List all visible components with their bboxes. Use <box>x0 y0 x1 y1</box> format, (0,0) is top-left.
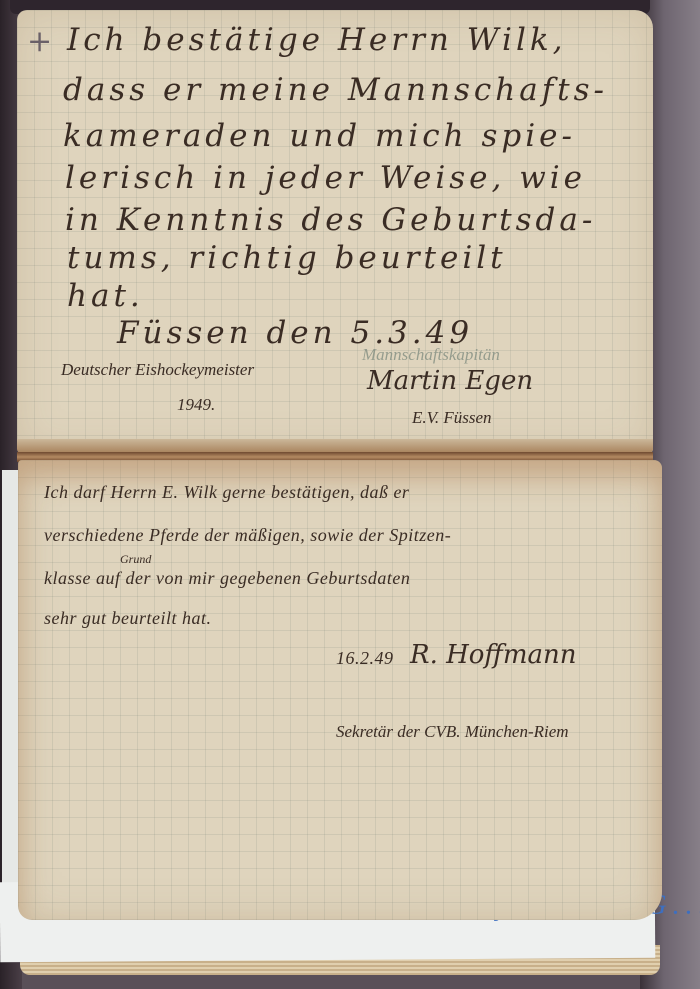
champion-note: Deutscher Eishockeymeister <box>61 360 254 380</box>
captain-title: Mannschaftskapitän <box>362 345 500 365</box>
bottom-line-3: klasse auf der von mir gegebenen Geburts… <box>44 568 410 589</box>
secretary-signature: R. Hoffmann <box>410 640 577 670</box>
bottom-insertion: Grund <box>120 552 151 567</box>
bottom-line-4: sehr gut beurteilt hat. <box>44 608 212 629</box>
top-line-3: kameraden und mich spie- <box>63 118 576 154</box>
top-line-1: Ich bestätige Herrn Wilk, <box>67 22 567 58</box>
margin-mark: + <box>27 24 52 59</box>
top-line-4: lerisch in jeder Weise, wie <box>65 160 586 196</box>
club-name: E.V. Füssen <box>412 408 492 428</box>
champion-year: 1949. <box>177 395 215 415</box>
top-page: + Ich bestätige Herrn Wilk, dass er mein… <box>17 10 653 453</box>
top-line-2: dass er meine Mannschafts- <box>63 72 608 108</box>
top-line-5: in Kenntnis des Geburtsda- <box>65 202 596 238</box>
bottom-page: Ich darf Herrn E. Wilk gerne bestätigen,… <box>18 460 662 920</box>
top-line-7: hat. <box>67 278 144 314</box>
secretary-title: Sekretär der CVB. München-Riem <box>336 722 569 742</box>
bottom-line-1: Ich darf Herrn E. Wilk gerne bestätigen,… <box>44 482 409 503</box>
bottom-date: 16.2.49 <box>336 648 394 669</box>
bottom-line-2: verschiedene Pferde der mäßigen, sowie d… <box>44 525 451 546</box>
top-line-6: tums, richtig beurteilt <box>67 240 507 276</box>
captain-signature: Martin Egen <box>367 366 533 396</box>
